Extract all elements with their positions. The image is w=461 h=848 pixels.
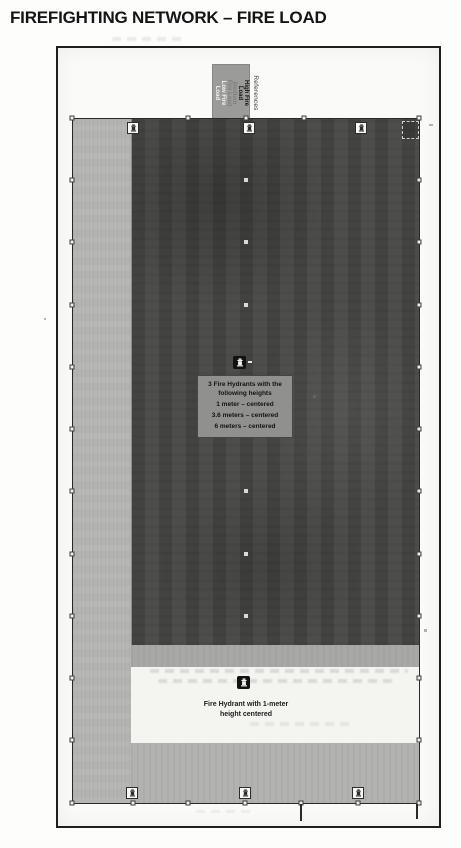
legend-item-medium-fire-load: Medium Fire Load bbox=[225, 77, 237, 109]
annotation-line: 1 meter – centered bbox=[198, 400, 292, 409]
annotation-line: 3.6 meters – centered bbox=[198, 411, 292, 420]
low-fire-load-zone-left bbox=[73, 119, 131, 803]
fire-hydrant-icon bbox=[127, 122, 139, 134]
pipe-junction-node bbox=[244, 489, 248, 493]
fire-hydrant-icon bbox=[126, 787, 138, 799]
pipe-junction-node bbox=[244, 303, 248, 307]
pipe-junction-node bbox=[70, 489, 75, 494]
scan-speck bbox=[44, 318, 46, 320]
pipe-junction-node bbox=[244, 116, 249, 121]
annotation-line: height centered bbox=[136, 710, 356, 720]
pipe-junction-node bbox=[244, 614, 248, 618]
pipe-junction-node bbox=[186, 801, 191, 806]
pipe-junction-node bbox=[70, 427, 75, 432]
legend-rotated-group: References High Fire Load Medium Fire Lo… bbox=[211, 64, 261, 122]
pipe-junction-node bbox=[417, 240, 422, 245]
pipe-junction-node bbox=[244, 178, 248, 182]
fire-hydrant-icon bbox=[233, 356, 246, 369]
legend-box: High Fire Load Medium Fire Load Low Fire… bbox=[212, 64, 250, 122]
legend-item-low-fire-load: Low Fire Load bbox=[213, 77, 225, 109]
pipe-junction-node bbox=[70, 801, 75, 806]
hydrant-tick-mark bbox=[248, 361, 252, 363]
pipe-junction-node bbox=[417, 116, 422, 121]
pipe-junction-node bbox=[417, 614, 422, 619]
pipe-junction-node bbox=[70, 365, 75, 370]
scan-bleed-artifact bbox=[112, 37, 186, 41]
pipe-junction-node bbox=[356, 801, 361, 806]
pipe-junction-node bbox=[70, 676, 75, 681]
fire-hydrant-icon bbox=[352, 787, 364, 799]
scan-speck bbox=[429, 124, 433, 126]
center-annotation-box: 3 Fire Hydrants with the following heigh… bbox=[197, 375, 293, 438]
pipe-junction-node bbox=[417, 178, 422, 183]
fire-load-band-middle bbox=[131, 645, 419, 667]
pipe-junction-node bbox=[70, 178, 75, 183]
annotation-line: Fire Hydrant with 1-meter bbox=[136, 700, 356, 710]
pipe-junction-node bbox=[186, 116, 191, 121]
pipe-junction-node bbox=[244, 240, 248, 244]
pipe-junction-node bbox=[417, 738, 422, 743]
scan-bleed-artifact bbox=[150, 669, 408, 673]
page-title: FIREFIGHTING NETWORK – FIRE LOAD bbox=[10, 8, 327, 28]
pipe-stub bbox=[300, 804, 302, 821]
pipe-junction-node bbox=[70, 240, 75, 245]
fire-hydrant-icon bbox=[239, 787, 251, 799]
scan-speck bbox=[313, 395, 316, 398]
pipe-junction-node bbox=[417, 365, 422, 370]
low-fire-load-zone-bottom bbox=[131, 743, 419, 803]
legend: References High Fire Load Medium Fire Lo… bbox=[211, 64, 261, 122]
legend-title: References bbox=[250, 64, 261, 122]
annotation-line: 3 Fire Hydrants with the bbox=[198, 380, 292, 389]
top-right-room-outline bbox=[402, 121, 419, 139]
fire-hydrant-icon bbox=[243, 122, 255, 134]
scan-bleed-artifact bbox=[158, 679, 396, 683]
pipe-junction-node bbox=[302, 116, 307, 121]
pipe-junction-node bbox=[417, 489, 422, 494]
pipe-junction-node bbox=[417, 427, 422, 432]
annotation-line: following heights bbox=[198, 389, 292, 398]
pipe-junction-node bbox=[417, 676, 422, 681]
bottom-annotation: Fire Hydrant with 1-meter height centere… bbox=[136, 700, 356, 720]
scan-speck bbox=[424, 629, 427, 632]
scan-bleed-artifact bbox=[196, 810, 256, 813]
pipe-stub bbox=[416, 804, 418, 819]
scan-bleed-artifact bbox=[250, 722, 354, 726]
pipe-junction-node bbox=[243, 801, 248, 806]
fire-hydrant-icon bbox=[355, 122, 367, 134]
pipe-junction-node bbox=[70, 614, 75, 619]
annotation-line: 6 meters – centered bbox=[198, 422, 292, 431]
fire-hydrant-icon bbox=[237, 676, 250, 689]
pipe-junction-node bbox=[417, 303, 422, 308]
scanned-page: FIREFIGHTING NETWORK – FIRE LOAD Referen… bbox=[0, 0, 461, 848]
pipe-junction-node bbox=[244, 552, 248, 556]
pipe-junction-node bbox=[417, 552, 422, 557]
pipe-junction-node bbox=[70, 116, 75, 121]
pipe-junction-node bbox=[131, 801, 136, 806]
pipe-junction-node bbox=[70, 303, 75, 308]
pipe-junction-node bbox=[70, 552, 75, 557]
pipe-junction-node bbox=[70, 738, 75, 743]
legend-item-high-fire-load: High Fire Load bbox=[236, 77, 248, 109]
